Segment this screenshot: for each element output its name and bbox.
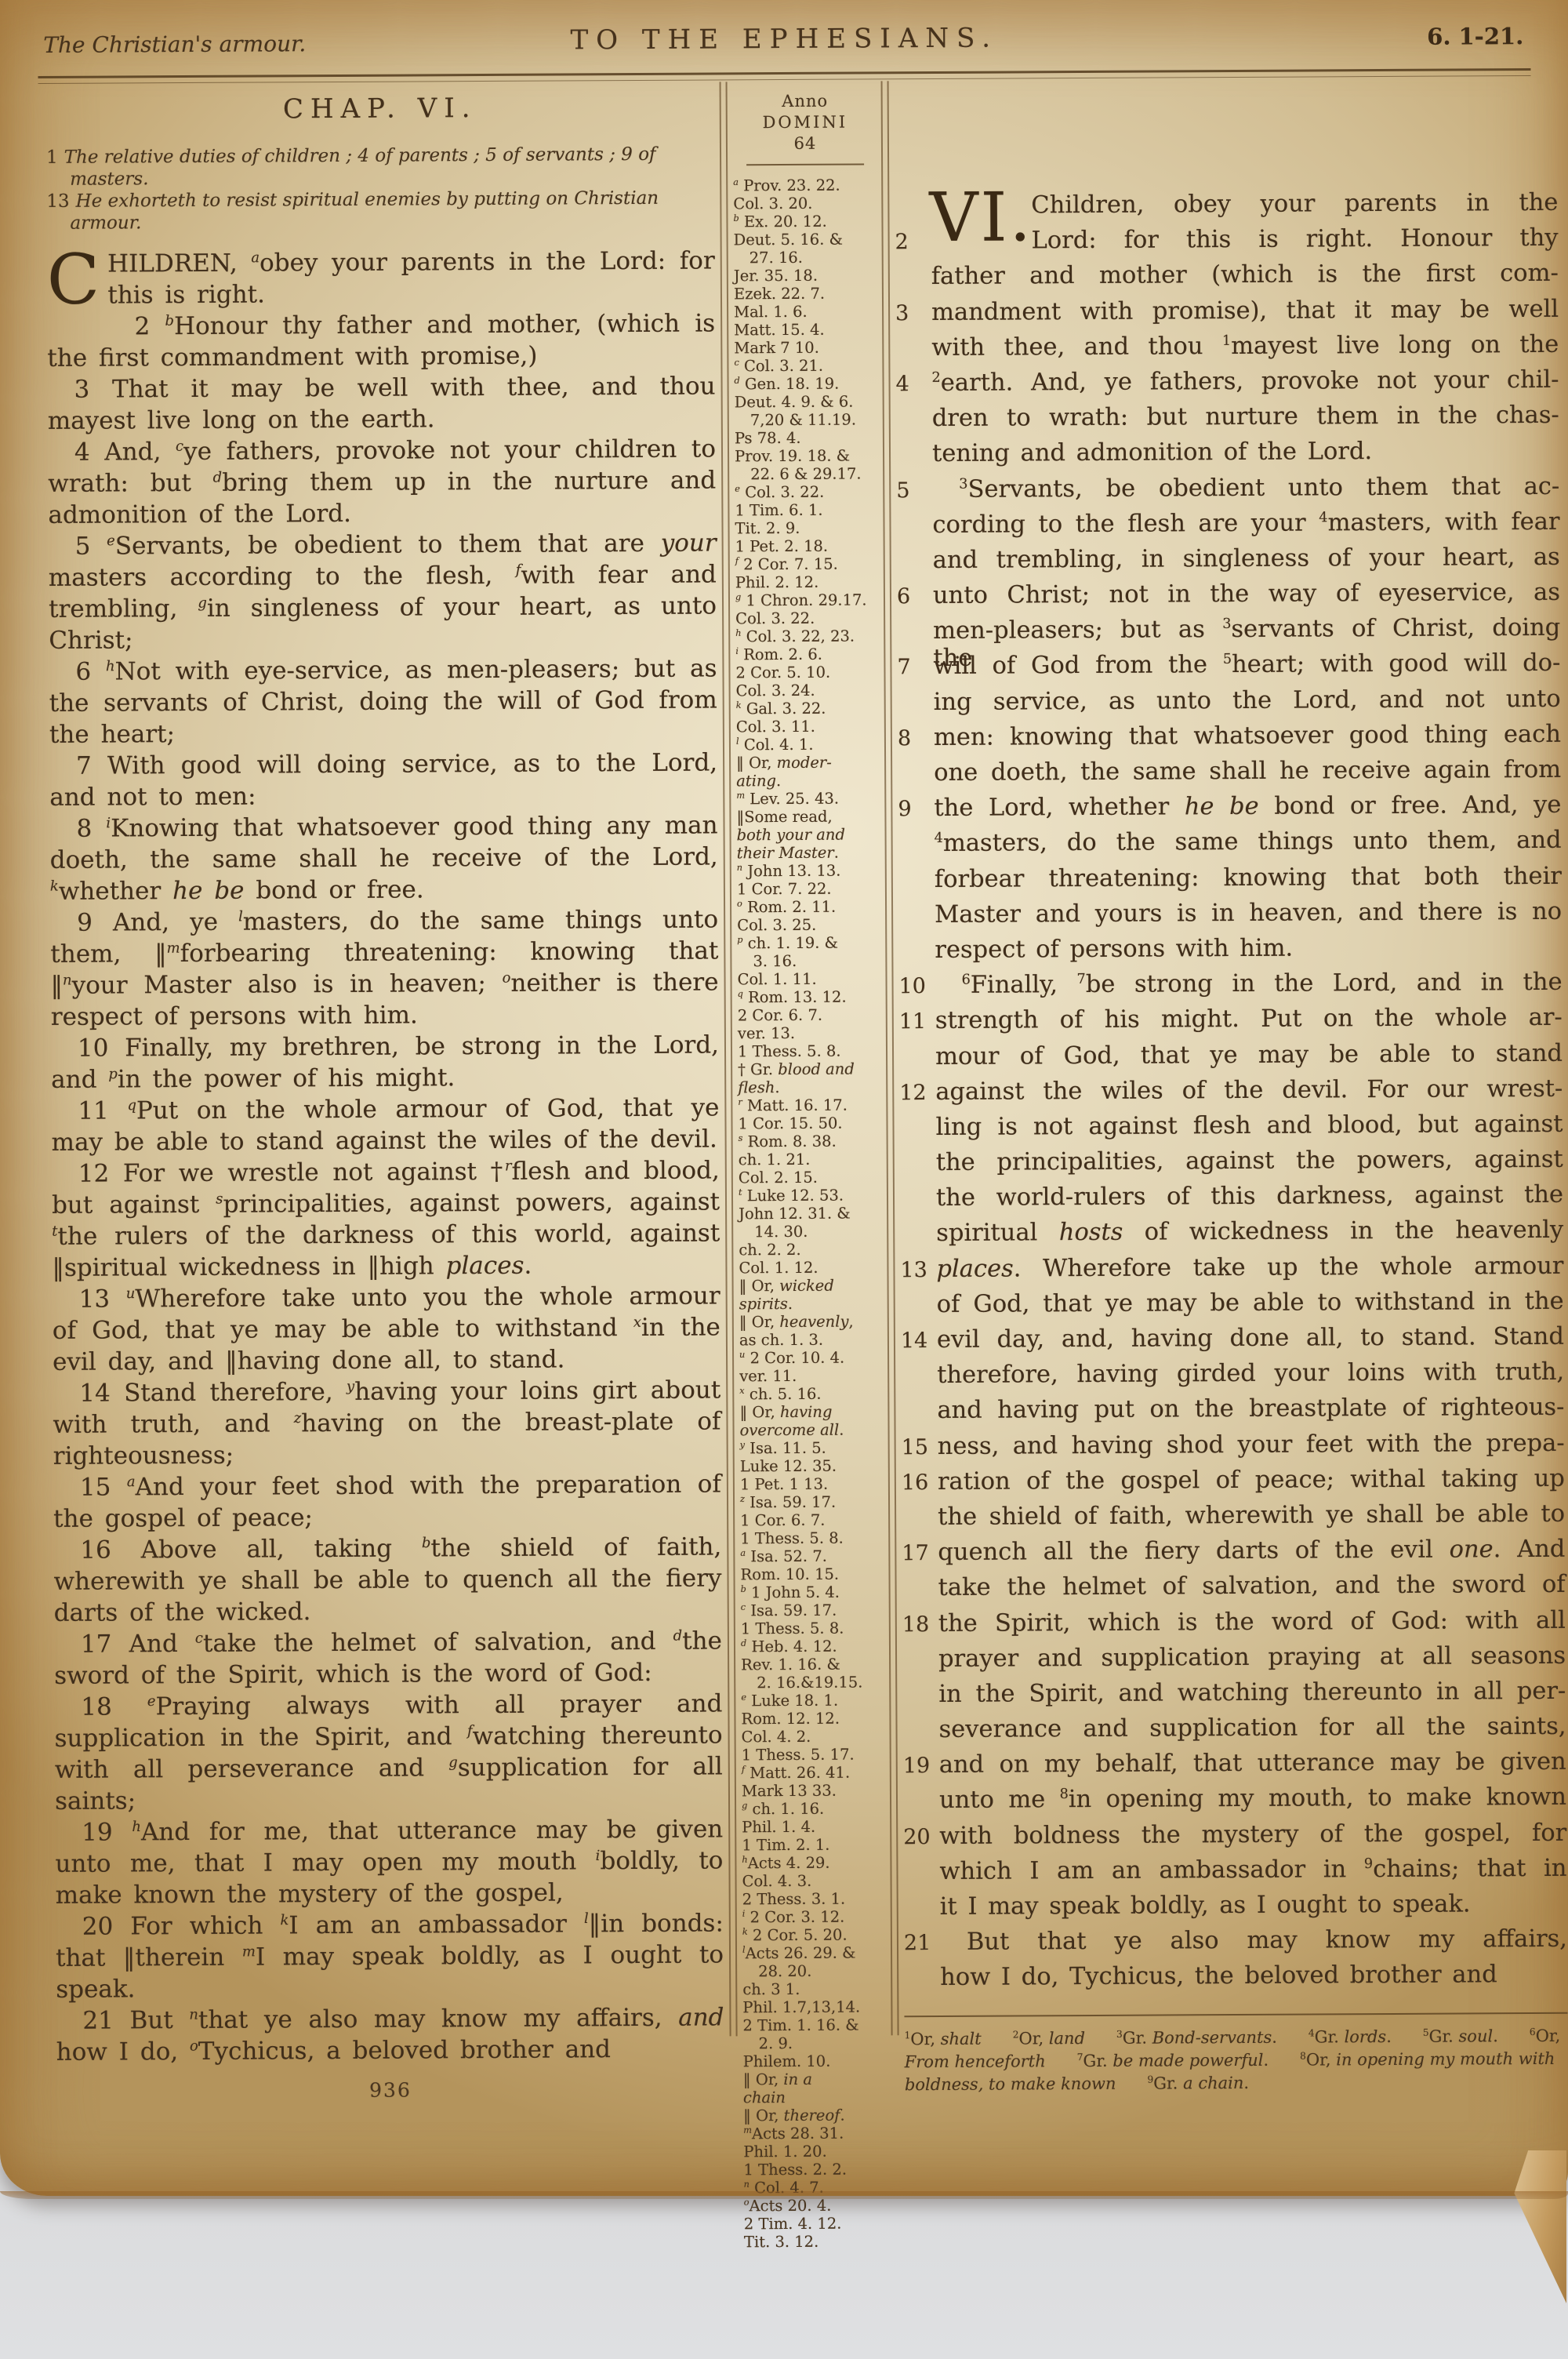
ref-line: Ps 78. 4.: [735, 428, 879, 447]
rv-line-text: cording to the flesh are your 4masters, …: [932, 508, 1559, 539]
kjv-column: CHAP. VI. 1The relative duties of childr…: [46, 86, 724, 2067]
rv-verse-number: 18: [902, 1612, 938, 1636]
rv-line: the principalities, against the powers, …: [900, 1146, 1563, 1185]
kjv-verse: CHILDREN, aobey your parents in the Lord…: [47, 245, 715, 311]
ref-line: i Rom. 2. 6.: [735, 645, 880, 663]
kjv-verse: 2 bHonour thy father and mother, (which …: [47, 307, 715, 373]
kjv-verse: 9 And, ye lmasters, do the same things u…: [50, 903, 719, 1032]
ref-line: d Gen. 18. 19.: [735, 374, 879, 393]
rv-line-text: But that ye also may know my affairs,: [940, 1925, 1567, 1956]
ref-line: Philem. 10.: [743, 2052, 887, 2070]
ref-line: 1 Tim. 2. 1.: [742, 1835, 886, 1854]
ref-line: 2 Cor. 5. 10.: [735, 663, 880, 682]
kjv-verse: 12 For we wrestle not against †rflesh an…: [52, 1154, 720, 1283]
rv-line: 8men: knowing that whatsoever good thing…: [898, 721, 1561, 760]
ref-line: Phil. 1. 4.: [742, 1817, 886, 1836]
ref-line: ‖ Or, wicked: [739, 1276, 884, 1295]
rv-line-text: the principalities, against the powers, …: [936, 1146, 1563, 1176]
ref-line: 1 Thess. 5. 17.: [742, 1745, 886, 1764]
ref-line: 1 Pet. 1 13.: [740, 1474, 884, 1493]
rv-line-text: and having put on the breastplate of rig…: [937, 1394, 1564, 1424]
ref-line: 1 Thess. 2. 2.: [743, 2160, 887, 2179]
running-head-title: TO THE EPHESIANS.: [43, 20, 1525, 59]
ref-line: Col. 3. 20.: [733, 194, 877, 213]
rv-line: 13places. Wherefore take up the whole ar…: [900, 1252, 1563, 1291]
ref-line: ‖ Or, in a: [743, 2070, 887, 2088]
summary-verse-number: 13: [46, 191, 69, 212]
rv-line-text: ness, and having shod your feet with the…: [938, 1429, 1565, 1459]
page-content: The Christian's armour. TO THE EPHESIANS…: [0, 0, 1568, 2200]
ref-line: their Master.: [737, 843, 881, 862]
ref-line: f 2 Cor. 7. 15.: [735, 554, 880, 573]
kjv-verse: 7 With good will doing service, as to th…: [49, 747, 717, 812]
rv-line-text: father and mother (which is the first co…: [931, 260, 1559, 290]
rv-line: spiritual hosts of wickedness in the hea…: [900, 1216, 1563, 1256]
ref-line: Col. 3. 24.: [736, 681, 880, 700]
ref-line: 22. 6 & 29.17.: [735, 464, 879, 483]
rv-line: prayer and supplication praying at all s…: [902, 1641, 1566, 1681]
page-number: 936: [56, 2077, 724, 2103]
ref-line: ‖ Or, moder-: [736, 753, 880, 772]
ref-line: 2 Thess. 3. 1.: [742, 1889, 887, 1908]
rv-line-text: severance and supplication for all the s…: [938, 1713, 1566, 1743]
rv-line-text: the world-rulers of this darkness, again…: [936, 1181, 1563, 1212]
cross-references: a Prov. 23. 22.Col. 3. 20.b Ex. 20. 12.D…: [733, 176, 888, 2251]
rv-line: men-pleasers; but as 3servants of Christ…: [897, 614, 1560, 653]
ref-line: 27. 16.: [734, 248, 878, 267]
kjv-verse: 4 And, cye fathers, provoke not your chi…: [48, 433, 717, 530]
ref-line: Phil. 1. 20.: [743, 2142, 887, 2161]
kjv-verse: 19 hAnd for me, that utterance may be gi…: [55, 1813, 724, 1910]
rv-line-text: of God, that ye may be able to withstand…: [937, 1288, 1564, 1318]
rv-line-text: ling is not against flesh and blood, but…: [935, 1110, 1563, 1141]
footnote-line: From henceforth 7Gr. be made powerful. 8…: [905, 2047, 1568, 2073]
rv-verse-number: 4: [895, 372, 931, 396]
rv-line: one doeth, the same shall he receive aga…: [898, 756, 1561, 795]
rv-verse-number: 19: [903, 1754, 939, 1778]
ref-line: John 12. 31. &: [739, 1204, 883, 1223]
ref-line: Col. 4. 2.: [742, 1727, 886, 1746]
kjv-verses: CHILDREN, aobey your parents in the Lord…: [47, 245, 724, 2067]
rv-line-text: respect of persons with him.: [935, 933, 1562, 964]
ref-line: oActs 20. 4.: [744, 2196, 888, 2215]
ref-line: n John 13. 13.: [737, 861, 881, 880]
rv-line-text: will of God from the 5heart; with good w…: [933, 649, 1560, 680]
rv-line-text: men: knowing that whatsoever good thing …: [934, 721, 1561, 751]
rv-line: 16ration of the gospel of peace; withal …: [902, 1465, 1565, 1504]
ref-line: Prov. 19. 18. &: [735, 446, 879, 465]
ref-line: c Col. 3. 21.: [734, 356, 878, 375]
ref-line: l Col. 4. 1.: [736, 735, 880, 754]
ref-line: ver. 11.: [739, 1366, 884, 1385]
rv-line: 6unto Christ; not in the way of eyeservi…: [897, 579, 1560, 618]
footnote-line: boldness, to make known 9Gr. a chain.: [905, 2070, 1568, 2095]
ref-line: ‖Some read,: [736, 807, 880, 826]
rv-line: 3mandment with promise), that it may be …: [895, 295, 1559, 334]
rv-line: 53Servants, be obedient unto them that a…: [896, 472, 1559, 511]
rv-line-text: with boldness the mystery of the gospel,…: [939, 1819, 1566, 1849]
ref-line: Jer. 35. 18.: [734, 266, 878, 285]
rv-line-text: ing service, as unto the Lord, and not u…: [934, 685, 1561, 715]
rv-line-text: which I am an ambassador in 9chains; tha…: [939, 1855, 1566, 1885]
ref-line: p ch. 1. 19. &: [737, 933, 881, 952]
rv-verse-number: 5: [896, 478, 932, 503]
ref-line: ver. 13.: [738, 1023, 882, 1042]
rv-line: the world-rulers of this darkness, again…: [900, 1181, 1563, 1220]
ref-line: mActs 28. 31.: [743, 2124, 887, 2143]
ref-line: k Gal. 3. 22.: [736, 699, 880, 718]
rv-line-text: with thee, and thou 1mayest live long on…: [931, 331, 1559, 362]
kjv-verse: 14 Stand therefore, yhaving your loins g…: [53, 1374, 721, 1471]
rv-line: unto me 8in opening my mouth, to make kn…: [903, 1783, 1566, 1823]
kjv-verse: 17 And ctake the helmet of salvation, an…: [54, 1625, 722, 1691]
ref-line: Col. 4. 3.: [742, 1871, 886, 1890]
ref-line: 28. 20.: [742, 1961, 887, 1980]
running-head-verse-range: 6. 1-21.: [1427, 23, 1523, 50]
ref-line: 1 Tim. 6. 1.: [735, 500, 879, 519]
ref-line: as ch. 1. 3.: [739, 1330, 884, 1349]
ref-line: e Luke 18. 1.: [741, 1691, 885, 1710]
summary-verse-number: 1: [46, 147, 58, 168]
summary-line: 13He exhorteth to resist spiritual enemi…: [46, 187, 714, 234]
photo-background: The Christian's armour. TO THE EPHESIANS…: [0, 0, 1568, 2359]
ref-line: spirits.: [739, 1294, 884, 1313]
rv-line: with thee, and thou 1mayest live long on…: [895, 331, 1559, 370]
references-column: AnnoDOMINI64 a Prov. 23. 22.Col. 3. 20.b…: [733, 90, 888, 2251]
anno-domini-rule: [746, 163, 864, 165]
rv-line-text: therefore, having girded your loins with…: [937, 1358, 1564, 1389]
rv-line-text: and trembling, in singleness of your hea…: [933, 543, 1560, 574]
rv-line: 4masters, do the same things unto them, …: [898, 827, 1562, 866]
ref-line: a Isa. 52. 7.: [740, 1547, 884, 1565]
ref-line: y Isa. 11. 5.: [740, 1438, 884, 1457]
rv-line-text: forbear threatening: knowing that both t…: [935, 862, 1562, 892]
ref-line: h Col. 3. 22, 23.: [735, 627, 880, 645]
rv-line-text: the shield of faith, wherewith ye shall …: [938, 1500, 1565, 1531]
rv-line-text: evil day, and, having done all, to stand…: [937, 1323, 1564, 1354]
ref-line: n Col. 4. 7.: [744, 2178, 888, 2197]
rv-line-text: unto Christ; not in the way of eyeservic…: [933, 579, 1560, 609]
rv-line: 106Finally, 7be strong in the Lord, and …: [898, 969, 1562, 1008]
rv-line: 15ness, and having shod your feet with t…: [902, 1429, 1565, 1468]
ref-line: 7,20 & 11.19.: [735, 410, 879, 429]
ref-line: ‖ Or, thereof.: [743, 2106, 887, 2125]
kjv-verse: 21 But nthat ye also may know my affairs…: [56, 2001, 724, 2067]
rv-line-text: tening and admonition of the Lord.: [932, 437, 1559, 467]
ref-line: f Matt. 26. 41.: [742, 1763, 886, 1782]
ref-line: 1 Thess. 5. 8.: [740, 1528, 884, 1547]
rv-line: tening and admonition of the Lord.: [896, 437, 1559, 476]
kjv-verse: 10 Finally, my brethren, be strong in th…: [51, 1029, 719, 1095]
rv-verse-number: 11: [899, 1009, 935, 1034]
ref-line: Tit. 3. 12.: [744, 2232, 888, 2251]
rv-line-text: places. Wherefore take up the whole armo…: [936, 1252, 1563, 1282]
anno-domini-heading: AnnoDOMINI64: [733, 90, 877, 154]
chapter-summary: 1The relative duties of children ; 4 of …: [46, 143, 715, 234]
ref-line: u 2 Cor. 10. 4.: [739, 1348, 884, 1367]
ref-line: 2 Tim. 1. 16. &: [742, 2016, 887, 2034]
ref-line: 3. 16.: [737, 951, 881, 970]
rv-line: 9the Lord, whether he be bond or free. A…: [898, 791, 1561, 831]
rv-line-text: 4masters, do the same things unto them, …: [935, 827, 1562, 857]
rv-verse-number: 17: [902, 1541, 938, 1565]
ref-line: Matt. 15. 4.: [734, 320, 878, 339]
ref-line: ch. 1. 21.: [739, 1150, 883, 1169]
ref-line: ating.: [736, 771, 880, 790]
footnote-rule: [904, 2012, 1567, 2016]
ref-line: 1 Thess. 5. 8.: [738, 1041, 882, 1060]
rv-line: and trembling, in singleness of your hea…: [897, 543, 1560, 583]
rv-line: Master and yours is in heaven, and there…: [898, 898, 1562, 937]
ref-line: g 1 Chron. 29.17.: [735, 591, 880, 609]
anno-domini-line: DOMINI: [733, 111, 877, 133]
rv-line: 20with boldness the mystery of the gospe…: [903, 1819, 1566, 1858]
ref-line: i 2 Cor. 3. 12.: [742, 1907, 887, 1926]
rv-line: ling is not against flesh and blood, but…: [899, 1110, 1563, 1150]
ref-line: t Luke 12. 53.: [739, 1186, 883, 1205]
ref-line: b Ex. 20. 12.: [733, 212, 877, 231]
rv-chapter-dropcap: VI.: [929, 184, 1033, 252]
rv-line: how I do, Tychicus, the beloved brother …: [904, 1961, 1567, 2000]
running-head: The Christian's armour. TO THE EPHESIANS…: [43, 15, 1525, 67]
drop-cap: C: [47, 249, 108, 313]
rv-line: respect of persons with him.: [898, 933, 1562, 972]
rv-verse-number: 9: [898, 797, 934, 821]
ref-line: Deut. 5. 16. &: [734, 230, 878, 249]
ref-line: 1 Thess. 5. 8.: [741, 1619, 885, 1637]
ref-line: e Col. 3. 22.: [735, 482, 879, 501]
rv-line-text: mour of God, that ye may be able to stan…: [935, 1039, 1563, 1070]
ref-line: hActs 4. 29.: [742, 1853, 886, 1872]
rv-line-text: prayer and supplication praying at all s…: [938, 1641, 1566, 1672]
rv-line: of God, that ye may be able to withstand…: [901, 1288, 1564, 1327]
rv-line: take the helmet of salvation, and the sw…: [902, 1571, 1566, 1610]
ref-line: g ch. 1. 16.: [742, 1799, 886, 1818]
ref-line: Col. 3. 11.: [736, 717, 880, 736]
rv-verse-number: 13: [900, 1258, 936, 1282]
rv-line-text: unto me 8in opening my mouth, to make kn…: [939, 1783, 1566, 1814]
kjv-verse: 11 qPut on the whole armour of God, that…: [51, 1092, 719, 1158]
rv-verse-number: 12: [899, 1081, 935, 1105]
ref-line: both your and: [737, 825, 881, 844]
rv-verse-number: 14: [901, 1329, 937, 1353]
rv-verse-number: 21: [904, 1931, 940, 1955]
rv-verse-number: 3: [895, 301, 931, 325]
rv-column: VI. Children, obey your parents in the2L…: [895, 189, 1568, 2096]
ref-line: 1 Pet. 2. 18.: [735, 536, 880, 555]
rv-verse-number: 20: [903, 1825, 939, 1849]
rv-line-text: against the wiles of the devil. For our …: [935, 1075, 1563, 1106]
ref-line: ‖ Or, having: [739, 1402, 884, 1421]
ref-line: Col. 1. 11.: [737, 969, 881, 988]
ref-line: Rom. 10. 15.: [740, 1565, 884, 1583]
rv-line: therefore, having girded your loins with…: [901, 1358, 1564, 1398]
ref-line: Col. 3. 25.: [737, 915, 881, 934]
rv-line-text: dren to wrath: but nurture them in the c…: [932, 402, 1559, 432]
ref-line: b 1 John 5. 4.: [741, 1583, 885, 1601]
ref-line: c Isa. 59. 17.: [741, 1601, 885, 1619]
kjv-verse: 20 For which kI am an ambassador l‖in bo…: [56, 1907, 724, 2005]
kjv-verse: 13 uWherefore take unto you the whole ar…: [53, 1280, 721, 1377]
rv-verse-number: 16: [902, 1470, 938, 1495]
rv-line-text: 3Servants, be obedient unto them that ac…: [932, 472, 1559, 503]
rv-line: forbear threatening: knowing that both t…: [898, 862, 1562, 901]
kjv-verse: 3 That it may be well with thee, and tho…: [47, 370, 715, 436]
ref-line: Mark 13 33.: [742, 1781, 886, 1800]
ref-line: 14. 30.: [739, 1222, 883, 1241]
ref-line: d Heb. 4. 12.: [741, 1637, 885, 1656]
header-rule: [38, 68, 1530, 84]
rv-line: 11strength of his might. Put on the whol…: [899, 1004, 1563, 1043]
ref-line: x ch. 5. 16.: [739, 1384, 884, 1403]
ref-line: Phil. 2. 12.: [735, 572, 880, 591]
rv-line-text: it I may speak boldly, as I ought to spe…: [940, 1890, 1567, 1921]
kjv-verse: 5 eServants, be obedient to them that ar…: [49, 527, 717, 656]
rv-line-text: the Lord, whether he be bond or free. An…: [934, 791, 1561, 822]
rv-line: 12against the wiles of the devil. For ou…: [899, 1075, 1563, 1114]
rv-verse-number: 6: [897, 584, 933, 609]
ref-line: Mark 7 10.: [734, 338, 878, 357]
rv-verse-number: 10: [899, 974, 935, 998]
ref-line: ch. 2. 2.: [739, 1240, 883, 1259]
ref-line: 1 Cor. 7. 22.: [737, 879, 881, 898]
ref-line: ch. 3 1.: [742, 1979, 887, 1998]
rv-line: in the Spirit, and watching thereunto in…: [902, 1677, 1566, 1717]
ref-line: q Rom. 13. 12.: [738, 987, 882, 1006]
rv-line: mour of God, that ye may be able to stan…: [899, 1039, 1563, 1078]
ref-line: o Rom. 2. 11.: [737, 897, 881, 916]
kjv-verse: 8 iKnowing that whatsoever good thing an…: [49, 809, 718, 907]
rv-line-text: mandment with promise), that it may be w…: [931, 295, 1559, 325]
ref-line: Phil. 1.7,13,14.: [742, 1997, 887, 2016]
rv-verse-number: 7: [897, 655, 933, 679]
ref-line: a Prov. 23. 22.: [733, 176, 877, 194]
anno-domini-line: Anno: [733, 90, 877, 112]
rv-verse-number: 2: [895, 230, 931, 254]
rv-line: 7will of God from the 5heart; with good …: [897, 649, 1560, 689]
rv-footnotes: 1Or, shalt 2Or, land 3Gr. Bond-servants.…: [905, 2024, 1568, 2095]
rv-line: and having put on the breastplate of rig…: [901, 1394, 1564, 1433]
rv-line: 18the Spirit, which is the word of God: …: [902, 1606, 1566, 1645]
rv-line-text: 2earth. And, ye fathers, provoke not you…: [931, 366, 1559, 397]
book-page: The Christian's armour. TO THE EPHESIANS…: [0, 0, 1568, 2196]
ref-line: 1 Cor. 15. 50.: [738, 1114, 882, 1132]
ref-line: Rom. 12. 12.: [741, 1709, 885, 1728]
rv-line-text: Master and yours is in heaven, and there…: [935, 898, 1562, 929]
ref-line: z Isa. 59. 17.: [740, 1492, 884, 1511]
ref-line: 1 Cor. 6. 7.: [740, 1510, 884, 1529]
rv-line-text: the Spirit, which is the word of God: wi…: [938, 1606, 1566, 1637]
rv-line-text: take the helmet of salvation, and the sw…: [938, 1571, 1566, 1601]
chapter-heading: CHAP. VI.: [46, 91, 714, 125]
ref-line: † Gr. blood and: [738, 1060, 882, 1078]
ref-line: Col. 2. 15.: [739, 1168, 883, 1187]
ref-line: Col. 1. 12.: [739, 1258, 883, 1277]
ref-line: 2. 9.: [743, 2034, 887, 2052]
ref-line: s Rom. 8. 38.: [739, 1132, 883, 1150]
kjv-verse: 6 hNot with eye-service, as men-pleasers…: [49, 652, 717, 750]
rv-line-text: strength of his might. Put on the whole …: [935, 1004, 1563, 1034]
ref-line: 2. 16.&19.15.: [741, 1673, 885, 1692]
rv-line: 21But that ye also may know my affairs,: [904, 1925, 1567, 1965]
ref-line: Tit. 2. 9.: [735, 518, 879, 537]
ref-line: m Lev. 25. 43.: [736, 789, 880, 808]
rv-line: 14evil day, and, having done all, to sta…: [901, 1323, 1564, 1362]
ref-line: Luke 12. 35.: [740, 1456, 884, 1475]
summary-text: He exhorteth to resist spiritual enemies…: [70, 188, 659, 234]
ref-line: Mal. 1. 6.: [734, 302, 878, 321]
rv-line-text: one doeth, the same shall he receive aga…: [934, 756, 1561, 787]
rv-line-text: quench all the fiery darts of the evil o…: [938, 1536, 1565, 1566]
kjv-verse: 15 aAnd your feet shod with the preparat…: [53, 1468, 721, 1534]
ref-line: 2 Cor. 6. 7.: [738, 1005, 882, 1024]
rv-verses: Children, obey your parents in the2Lord:…: [895, 189, 1567, 2000]
rv-line: dren to wrath: but nurture them in the c…: [896, 402, 1559, 441]
ref-line: chain: [743, 2088, 887, 2106]
rv-line: 17quench all the fiery darts of the evil…: [902, 1536, 1565, 1575]
rv-line: 19and on my behalf, that utterance may b…: [903, 1748, 1566, 1787]
rv-line: the shield of faith, wherewith ye shall …: [902, 1500, 1565, 1539]
ref-line: overcome all.: [739, 1420, 884, 1439]
rv-line-text: spiritual hosts of wickedness in the hea…: [936, 1216, 1563, 1247]
rv-line: which I am an ambassador in 9chains; tha…: [903, 1855, 1566, 1894]
ref-line: ‖ Or, heavenly,: [739, 1312, 884, 1331]
rv-verse-number: 8: [898, 726, 934, 751]
kjv-verse: 16 Above all, taking bthe shield of fait…: [53, 1531, 722, 1628]
rv-line: it I may speak boldly, as I ought to spe…: [904, 1890, 1567, 1929]
ref-line: Ezek. 22. 7.: [734, 284, 878, 303]
rv-line-text: how I do, Tychicus, the beloved brother …: [940, 1961, 1567, 1991]
footnote-line: 1Or, shalt 2Or, land 3Gr. Bond-servants.…: [905, 2024, 1568, 2050]
rv-line: cording to the flesh are your 4masters, …: [896, 508, 1559, 547]
rv-line: severance and supplication for all the s…: [902, 1713, 1566, 1752]
summary-line: 1The relative duties of children ; 4 of …: [46, 143, 714, 190]
ref-line: r Matt. 16. 17.: [738, 1096, 882, 1114]
ref-line: lActs 26. 29. &: [742, 1943, 887, 1962]
kjv-verse: 18 ePraying always with all prayer and s…: [54, 1688, 723, 1816]
ref-line: flesh.: [738, 1078, 882, 1096]
rv-line-text: in the Spirit, and watching thereunto in…: [938, 1677, 1566, 1708]
ref-line: Col. 3. 22.: [735, 609, 880, 627]
ref-line: 2 Tim. 4. 12.: [744, 2214, 888, 2233]
ref-line: k 2 Cor. 5. 20.: [742, 1925, 887, 1944]
rv-line-text: 6Finally, 7be strong in the Lord, and in…: [935, 969, 1562, 999]
rv-line-text: ration of the gospel of peace; withal ta…: [938, 1465, 1565, 1496]
ref-line: Rev. 1. 16. &: [741, 1655, 885, 1674]
anno-domini-line: 64: [733, 133, 877, 154]
rv-verse-number: 15: [902, 1435, 938, 1459]
rv-line: father and mother (which is the first co…: [895, 260, 1559, 299]
rv-line: ing service, as unto the Lord, and not u…: [898, 685, 1561, 724]
rv-line: 42earth. And, ye fathers, provoke not yo…: [895, 366, 1559, 405]
ref-line: Deut. 4. 9. & 6.: [735, 392, 879, 411]
rv-line-text: and on my behalf, that utterance may be …: [939, 1748, 1566, 1779]
summary-text: The relative duties of children ; 4 of p…: [64, 144, 656, 190]
